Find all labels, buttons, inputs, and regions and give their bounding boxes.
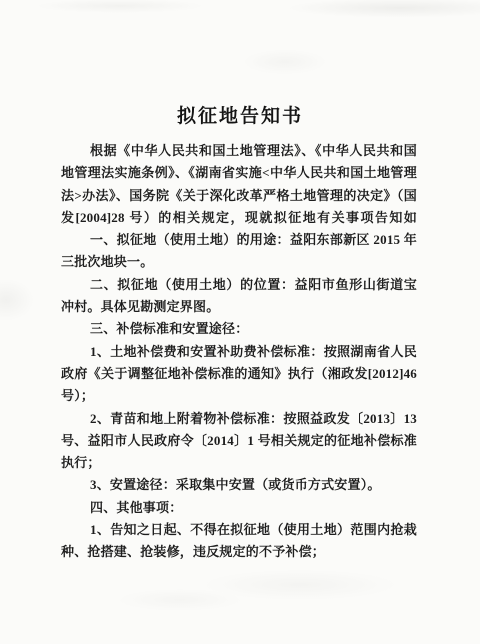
text-line: 号、益阳市人民政府令〔2014〕1 号相关规定的征地补偿标准 bbox=[61, 430, 417, 452]
text-line: 四、其他事项： bbox=[61, 497, 417, 519]
document-page: 拟征地告知书 根据《中华人民共和国土地管理法》、《中华人民共和国土 地管理法实施… bbox=[0, 0, 480, 644]
text-line: 政府《关于调整征地补偿标准的通知》执行（湘政发[2012]46 bbox=[61, 363, 417, 385]
text-line: 号）； bbox=[61, 385, 417, 407]
text-line: 执行； bbox=[61, 452, 417, 474]
text-line: 三批次地块一。 bbox=[61, 251, 417, 273]
text-line: 1、土地补偿费和安置补助费补偿标准：按照湖南省人民 bbox=[61, 341, 417, 363]
text-line: 一、拟征地（使用土地）的用途：益阳东部新区 2015 年第 bbox=[61, 229, 417, 251]
document-title: 拟征地告知书 bbox=[0, 101, 480, 128]
document-body: 根据《中华人民共和国土地管理法》、《中华人民共和国土 地管理法实施条例》、《湖南… bbox=[61, 140, 417, 564]
text-line: 二、拟征地（使用土地）的位置：益阳市鱼形山街道宝林 bbox=[61, 274, 417, 296]
text-line: 冲村。具体见勘测定界图。 bbox=[61, 296, 417, 318]
text-line: 法>办法》、国务院《关于深化改革严格土地管理的决定》（国 bbox=[61, 185, 417, 207]
text-line: 2、青苗和地上附着物补偿标准：按照益政发〔2013〕13 bbox=[61, 408, 417, 430]
text-line: 3、安置途径：采取集中安置（或货币方式安置）。 bbox=[61, 474, 417, 496]
text-line: 种、抢搭建、抢装修，违反规定的不予补偿； bbox=[61, 541, 417, 563]
text-line: 根据《中华人民共和国土地管理法》、《中华人民共和国土 bbox=[61, 140, 417, 162]
text-line: 1、告知之日起、不得在拟征地（使用土地）范围内抢栽 bbox=[61, 519, 417, 541]
text-line: 三、补偿标准和安置途径： bbox=[61, 318, 417, 340]
text-line: 地管理法实施条例》、《湖南省实施<中华人民共和国土地管理 bbox=[61, 162, 417, 184]
text-line: 发[2004]28 号）的相关规定，现就拟征地有关事项告知如下： bbox=[61, 207, 417, 229]
